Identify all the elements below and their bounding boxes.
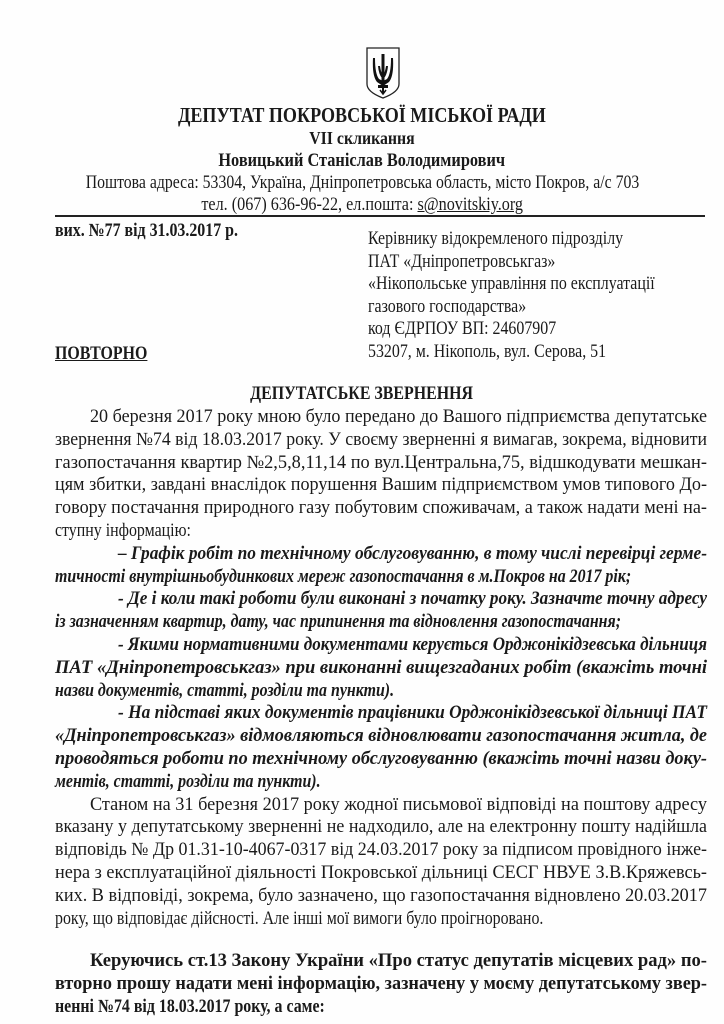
- convocation: VII скликання: [0, 127, 724, 149]
- recipient-line: ПАТ «Дніпропетровськгаз»: [368, 251, 555, 273]
- paragraph-intro-line: 20 березня 2017 року мною було передано …: [90, 406, 721, 428]
- request-item-line: – Графік робіт по технічному обслуговува…: [118, 543, 724, 565]
- postal-address: Поштова адреса: 53304, Україна, Дніпропе…: [0, 172, 724, 194]
- paragraph-intro-line: газопостачання квартир №2,5,8,11,14 по в…: [55, 452, 711, 474]
- request-item-line: тичності внутрішньобудинкових мереж газо…: [55, 566, 724, 588]
- request-item-line: із зазначенням квартир, дату, час припин…: [55, 611, 713, 633]
- request-item-line: - Де і коли такі роботи були виконані з …: [118, 588, 724, 610]
- request-item-line: - Якими нормативними документами керуєть…: [118, 634, 724, 656]
- paragraph-status-line: вказану у депутатському зверненні не над…: [55, 816, 724, 838]
- request-item-line: - На підставі яких документів працівники…: [118, 702, 724, 724]
- paragraph-status-line: ких. В відповіді, зокрема, було зазначен…: [55, 885, 718, 907]
- paragraph-intro-line: цям збитки, завдані внаслідок порушення …: [55, 474, 720, 496]
- paragraph-status-line: Станом на 31 березня 2017 року жодної пи…: [90, 794, 716, 816]
- repeat-mark: ПОВТОРНО: [55, 343, 147, 365]
- deputy-name: Новицький Станіслав Володимирович: [0, 150, 724, 172]
- outgoing-number: вих. №77 від 31.03.2017 р.: [55, 220, 238, 242]
- paragraph-request-line: вторно прошу надати мені інформацію, заз…: [55, 973, 717, 995]
- paragraph-request-line: Керуючись ст.13 Закону України «Про стат…: [90, 950, 705, 972]
- recipient-line: газового господарства»: [368, 296, 526, 318]
- letter-page: ДЕПУТАТ ПОКРОВСЬКОЇ МІСЬКОЇ РАДИ VII скл…: [0, 0, 724, 1024]
- trident-coat-of-arms-icon: [365, 46, 401, 100]
- document-title: ДЕПУТАТСЬКЕ ЗВЕРНЕННЯ: [0, 383, 724, 405]
- request-item-line: «Дніпропетровськгаз» відмовляються відно…: [55, 725, 719, 747]
- paragraph-intro-line: ступну інформацію:: [55, 520, 213, 542]
- paragraph-request-line: ненні №74 від 18.03.2017 року, а саме:: [55, 996, 369, 1018]
- deputy-title: ДЕПУТАТ ПОКРОВСЬКОЇ МІСЬКОЇ РАДИ: [0, 103, 724, 127]
- header-divider: [55, 215, 705, 217]
- request-item-line: ПАТ «Дніпропетровськгаз» при виконанні в…: [55, 657, 707, 679]
- request-item-line: проводяться роботи по технічному обслуго…: [55, 748, 716, 770]
- paragraph-status-line: року, що відповідає дійсності. Але інші …: [55, 908, 623, 930]
- phone-label: тел. (067) 636-96-22, ел.пошта:: [201, 194, 417, 215]
- email-link[interactable]: s@novitskiy.org: [417, 194, 523, 215]
- recipient-line: «Нікопольське управління по експлуатації: [368, 273, 655, 295]
- paragraph-status-line: відповідь № Др 01.31-10-4067-0317 від 24…: [55, 839, 724, 861]
- request-item-line: назви документів, статті, розділи та пун…: [55, 680, 449, 702]
- paragraph-status-line: нера з експлуатаційної діяльності Покров…: [55, 862, 717, 884]
- request-item-line: ментів, статті, розділи та пункти).: [55, 771, 364, 793]
- contact-line: тел. (067) 636-96-22, ел.пошта: s@novits…: [0, 194, 724, 216]
- recipient-line: 53207, м. Нікополь, вул. Серова, 51: [368, 341, 606, 363]
- paragraph-intro-line: говору постачання природного газу побуто…: [55, 497, 718, 519]
- paragraph-intro-line: звернення №74 від 18.03.2017 року. У сво…: [55, 429, 724, 451]
- recipient-line: код ЄДРПОУ ВП: 24607907: [368, 318, 556, 340]
- recipient-line: Керівнику відокремленого підрозділу: [368, 228, 623, 250]
